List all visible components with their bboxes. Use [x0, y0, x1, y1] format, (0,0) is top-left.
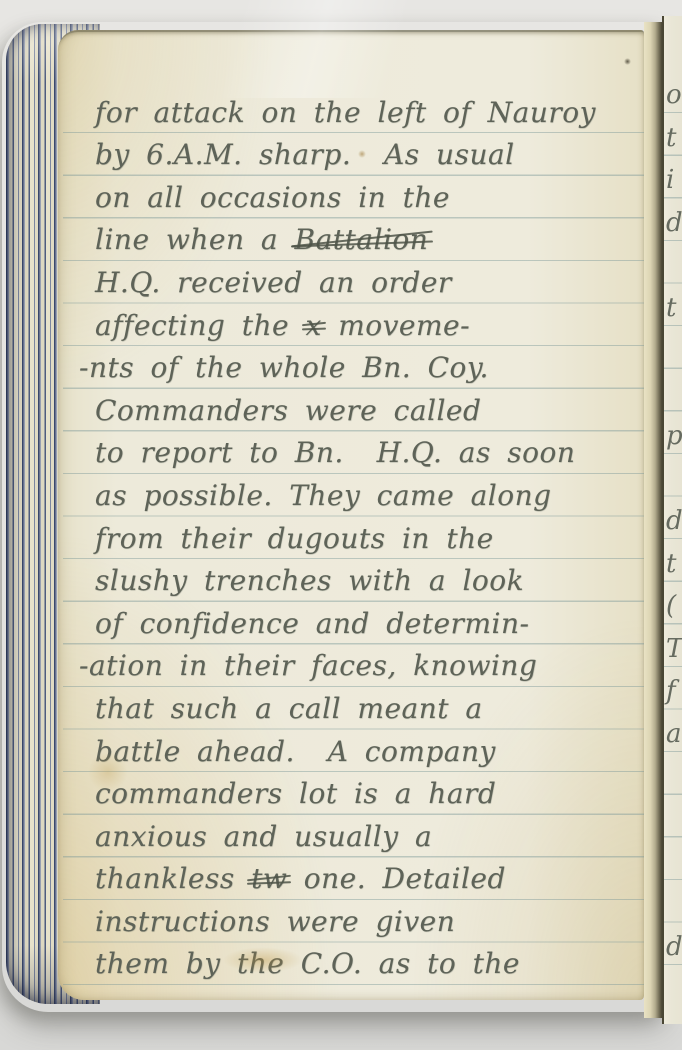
handwriting-text: moveme- — [322, 312, 470, 340]
struck-text: tw — [251, 865, 287, 893]
handwriting-text: thankless — [95, 865, 251, 893]
handwriting-text: -ation in their faces, knowing — [79, 652, 537, 680]
struck-text: x — [306, 312, 322, 340]
next-page-fragment — [666, 751, 682, 794]
next-page-fragment — [666, 878, 682, 921]
handwriting-text: slushy trenches with a look — [95, 567, 524, 595]
handwriting-line: anxious and usually a — [95, 813, 642, 856]
next-page-fragment: ( — [666, 580, 682, 623]
next-page-fragment — [666, 793, 682, 836]
next-page-fragment: t — [666, 112, 682, 155]
page-gutter — [644, 22, 662, 1018]
handwriting-line: that such a call meant a — [95, 685, 642, 728]
handwriting-text: from their dugouts in the — [95, 525, 494, 553]
handwriting-text: to report to Bn. H.Q. as soon — [95, 439, 575, 467]
notebook-photo: for attack on the left of Nauroyby 6.A.M… — [0, 0, 682, 1050]
handwriting-line: instructions were given — [95, 898, 642, 941]
handwriting-text: line when a — [95, 226, 295, 254]
handwriting-line: to report to Bn. H.Q. as soon — [95, 430, 642, 473]
next-page-fragment: a — [666, 708, 682, 751]
next-page-fragment: d — [666, 921, 682, 964]
handwriting-text: for attack on the left of Nauroy — [95, 99, 596, 127]
next-page-fragment: i — [666, 154, 682, 197]
handwriting-line: as possible. They came along — [95, 472, 642, 515]
handwriting-line: by 6.A.M. sharp. As usual — [95, 132, 642, 175]
handwriting-text: them by the C.O. as to the — [95, 950, 520, 978]
next-page-fragment: p — [666, 410, 682, 453]
next-page-sliver: ortidtpdt(Tfad — [662, 16, 682, 1024]
next-page-fragment — [666, 239, 682, 282]
handwriting-line: of confidence and determin- — [95, 600, 642, 643]
handwriting-line: H.Q. received an order — [95, 259, 642, 302]
handwriting-text: as possible. They came along — [95, 482, 552, 510]
handwriting-line: -nts of the whole Bn. Coy. — [79, 345, 642, 388]
handwriting-line: commanders lot is a hard — [95, 771, 642, 814]
next-page-fragment: d — [666, 495, 682, 538]
next-page-fragment: f — [666, 665, 682, 708]
handwriting-text: on all occasions in the — [95, 184, 450, 212]
handwriting-line: affecting the x moveme- — [95, 302, 642, 345]
handwriting-text: affecting the — [95, 312, 306, 340]
handwriting-text: one. Detailed — [287, 865, 506, 893]
handwriting-text: anxious and usually a — [95, 823, 432, 851]
handwriting-line: battle ahead. A company — [95, 728, 642, 771]
handwriting-line: from their dugouts in the — [95, 515, 642, 558]
notebook-page: for attack on the left of Nauroyby 6.A.M… — [58, 30, 644, 1000]
handwriting-lines: for attack on the left of Nauroyby 6.A.M… — [95, 89, 642, 983]
next-page-fragment: or — [666, 69, 682, 112]
next-page-fragment — [666, 367, 682, 410]
struck-text: Battalion — [295, 226, 429, 254]
handwriting-text: commanders lot is a hard — [95, 780, 496, 808]
next-page-fragment: t — [666, 282, 682, 325]
handwriting-text: instructions were given — [95, 908, 455, 936]
next-page-fragment: d — [666, 197, 682, 240]
next-page-fragments: ortidtpdt(Tfad — [666, 69, 682, 963]
handwriting-line: Commanders were called — [95, 387, 642, 430]
handwriting-text: that such a call meant a — [95, 695, 483, 723]
handwriting-line: -ation in their faces, knowing — [79, 643, 642, 686]
handwriting-line: slushy trenches with a look — [95, 558, 642, 601]
handwriting-text: H.Q. received an order — [95, 269, 452, 297]
age-stain — [624, 58, 631, 65]
handwriting-text: battle ahead. A company — [95, 738, 496, 766]
handwriting-line: them by the C.O. as to the — [95, 941, 642, 984]
handwriting-text: of confidence and determin- — [95, 610, 529, 638]
next-page-fragment — [666, 836, 682, 879]
handwriting-text: -nts of the whole Bn. Coy. — [79, 354, 489, 382]
handwriting-text: by 6.A.M. sharp. As usual — [95, 141, 515, 169]
next-page-fragment — [666, 452, 682, 495]
handwriting-line: on all occasions in the — [95, 174, 642, 217]
next-page-fragment: T — [666, 623, 682, 666]
handwriting-line: thankless tw one. Detailed — [95, 856, 642, 899]
next-page-fragment — [666, 325, 682, 368]
handwriting-line: for attack on the left of Nauroy — [95, 89, 642, 132]
next-page-fragment: t — [666, 538, 682, 581]
handwriting-line: line when a Battalion — [95, 217, 642, 260]
handwriting-text: Commanders were called — [95, 397, 481, 425]
